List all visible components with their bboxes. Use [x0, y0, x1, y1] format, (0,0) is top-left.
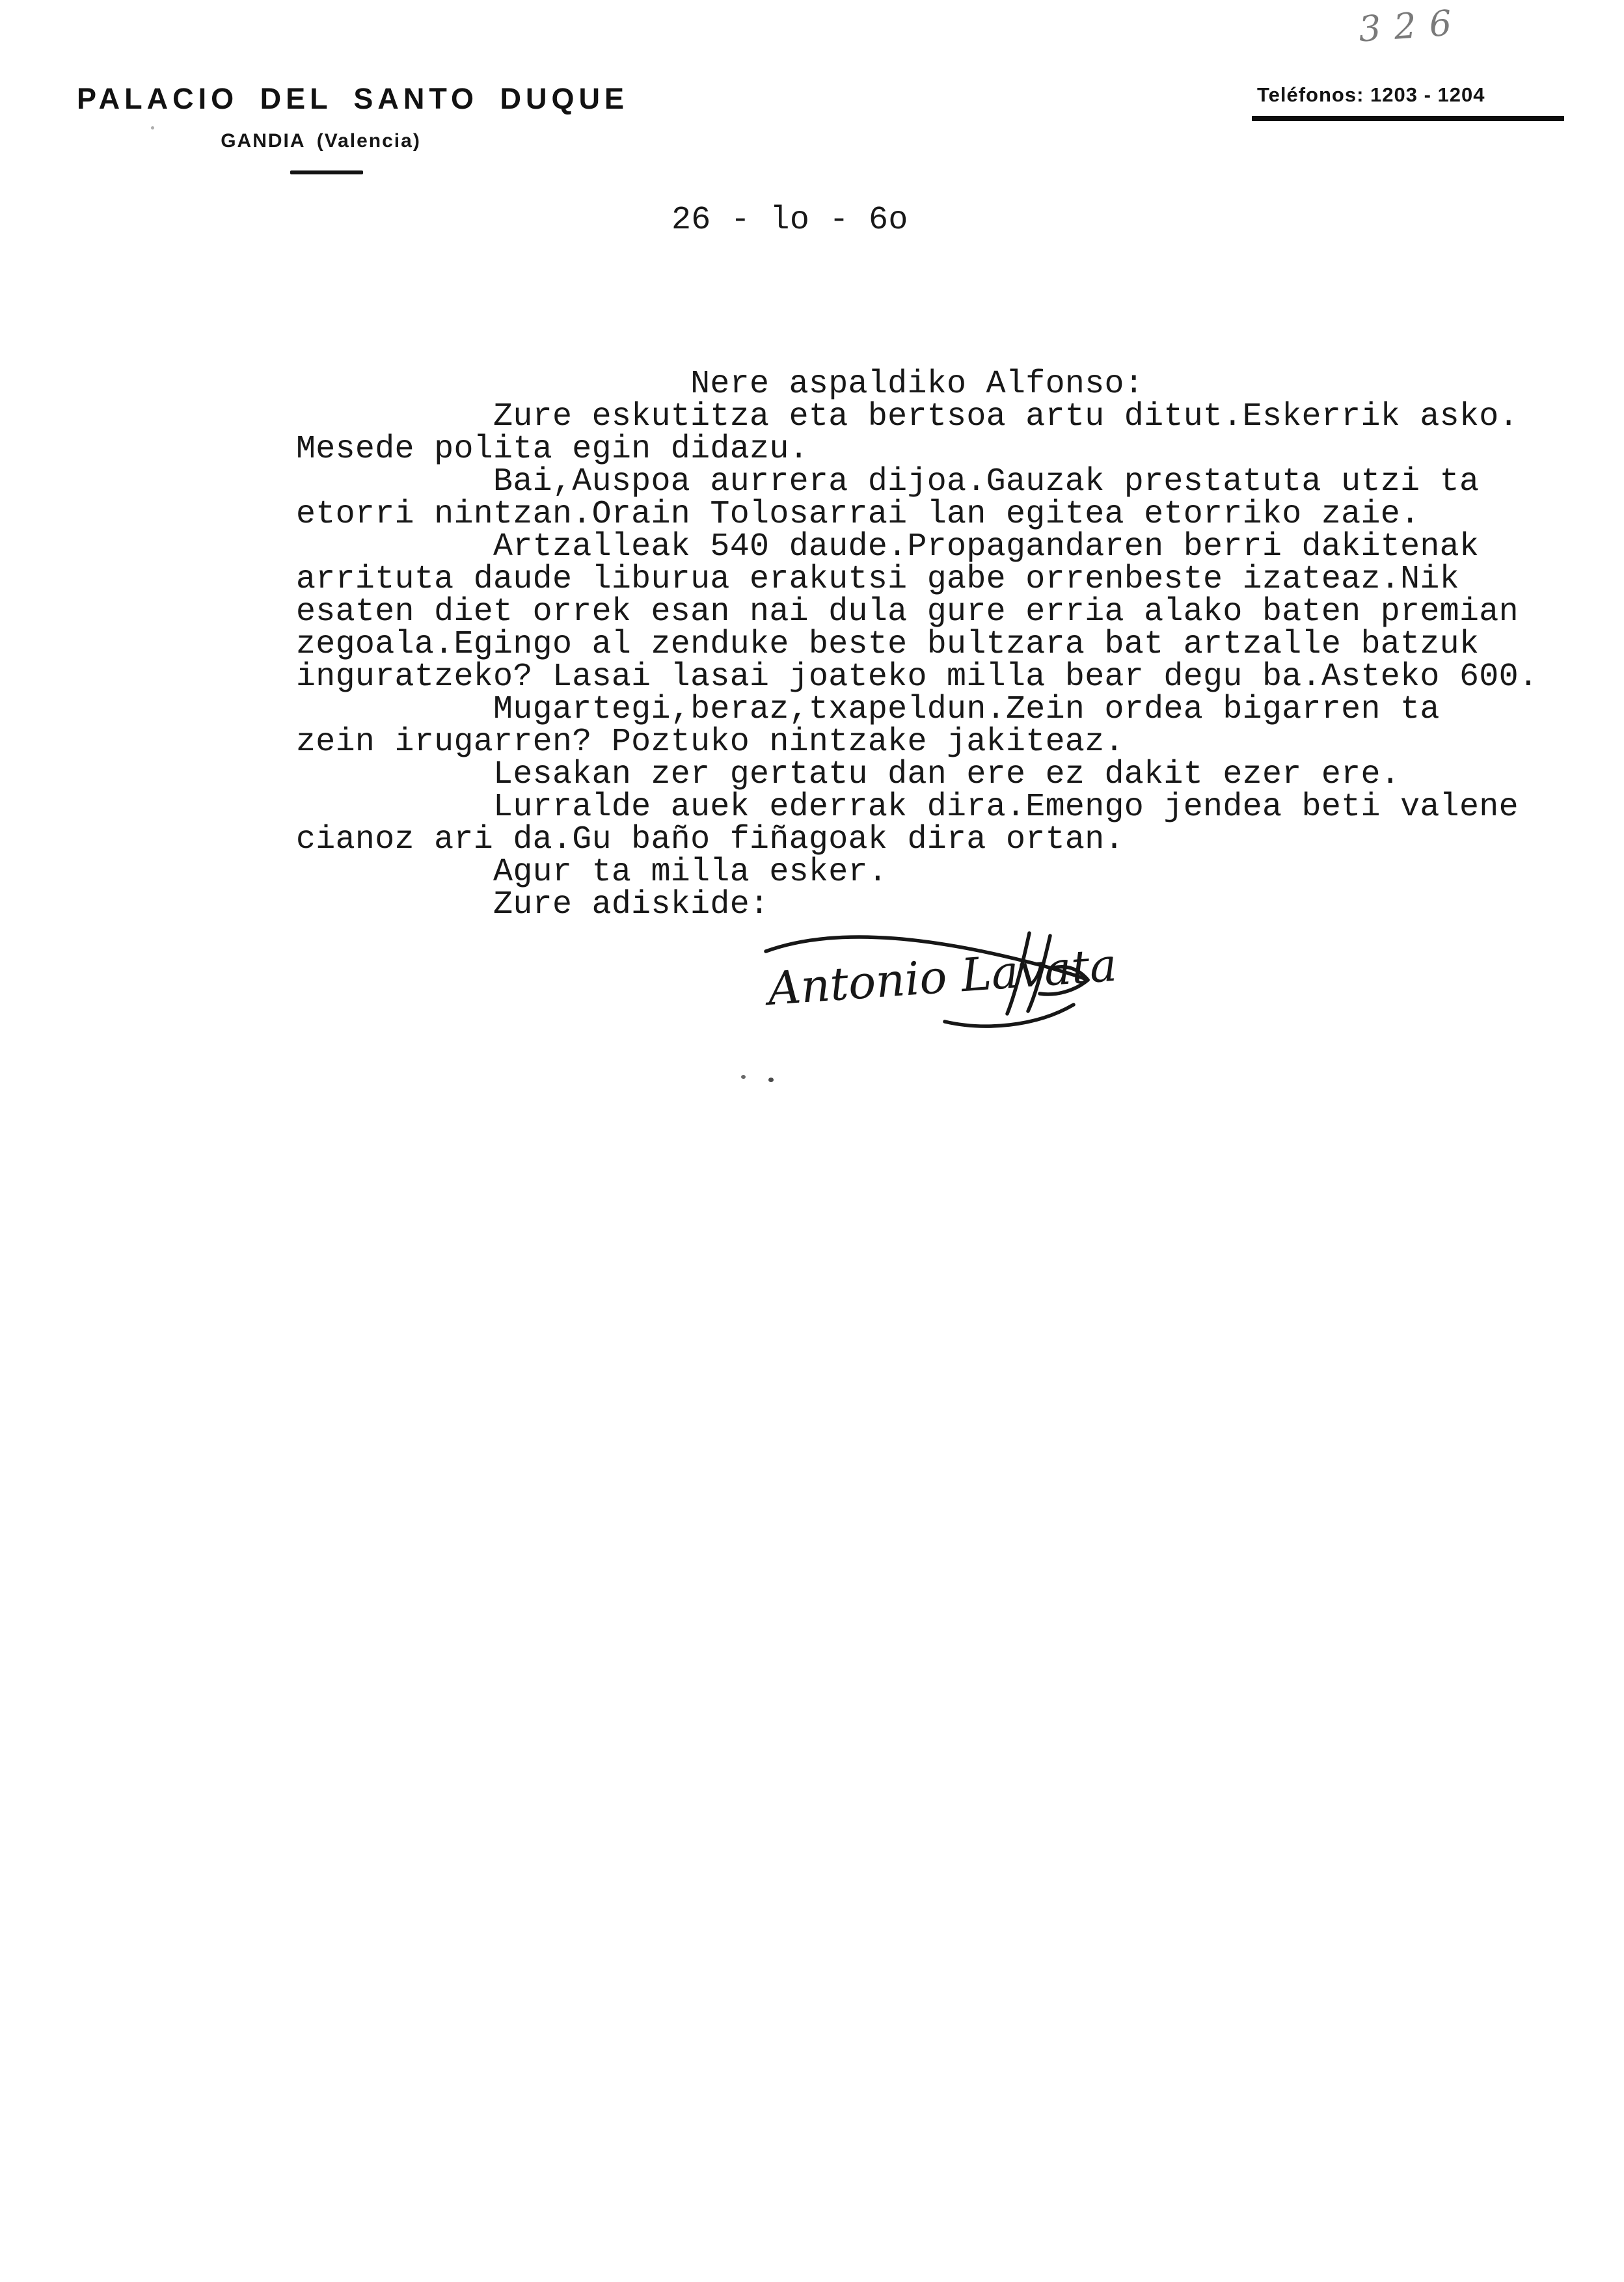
letter-line: etorri nintzan.Orain Tolosarrai lan egit…	[296, 498, 1538, 531]
letterhead-rule	[290, 170, 363, 174]
letter-line: zein irugarren? Poztuko nintzake jakitea…	[296, 726, 1538, 759]
letterhead-subtitle: GANDIA (Valencia)	[221, 130, 421, 152]
signature-name: Antonio Lavata	[762, 938, 1114, 1016]
letter-line: Bai,Auspoa aurrera dijoa.Gauzak prestatu…	[296, 466, 1538, 498]
phone-numbers-label: Teléfonos: 1203 - 1204	[1257, 83, 1485, 107]
letter-line: Zure eskutitza eta bertsoa artu ditut.Es…	[296, 401, 1538, 433]
phone-numbers-rule	[1252, 116, 1564, 121]
date-line: 26 - lo - 6o	[671, 204, 908, 237]
letter-line: Artzalleak 540 daude.Propagandaren berri…	[296, 531, 1538, 564]
letter-line: arrituta daude liburua erakutsi gabe orr…	[296, 564, 1538, 596]
ink-dot	[741, 1075, 746, 1079]
letter-line: Lesakan zer gertatu dan ere ez dakit eze…	[296, 759, 1538, 791]
ink-dot	[768, 1078, 774, 1082]
pencil-page-number: 326	[1357, 1, 1466, 49]
letter-line: inguratzeko? Lasai lasai joateko milla b…	[296, 661, 1538, 694]
letter-line: Mesede polita egin didazu.	[296, 433, 1538, 466]
letterhead-title: PALACIO DEL SANTO DUQUE	[77, 82, 629, 116]
letter-line: zegoala.Egingo al zenduke beste bultzara…	[296, 629, 1538, 661]
letter-page: PALACIO DEL SANTO DUQUE GANDIA (Valencia…	[0, 0, 1624, 2282]
letter-line: Lurralde auek ederrak dira.Emengo jendea…	[296, 791, 1538, 824]
letter-line: Nere aspaldiko Alfonso:	[296, 368, 1538, 401]
letter-body: Nere aspaldiko Alfonso: Zure eskutitza e…	[296, 368, 1538, 921]
scan-speck	[151, 126, 154, 129]
handwritten-signature: Antonio Lavata	[750, 899, 1114, 1052]
letter-line: esaten diet orrek esan nai dula gure err…	[296, 596, 1538, 629]
letterhead-subtitle-wrap: GANDIA (Valencia)	[70, 130, 571, 152]
letter-line: Mugartegi,beraz,txapeldun.Zein ordea big…	[296, 694, 1538, 726]
letter-line: cianoz ari da.Gu baño fiñagoak dira orta…	[296, 824, 1538, 856]
letter-line: Agur ta milla esker.	[296, 856, 1538, 889]
